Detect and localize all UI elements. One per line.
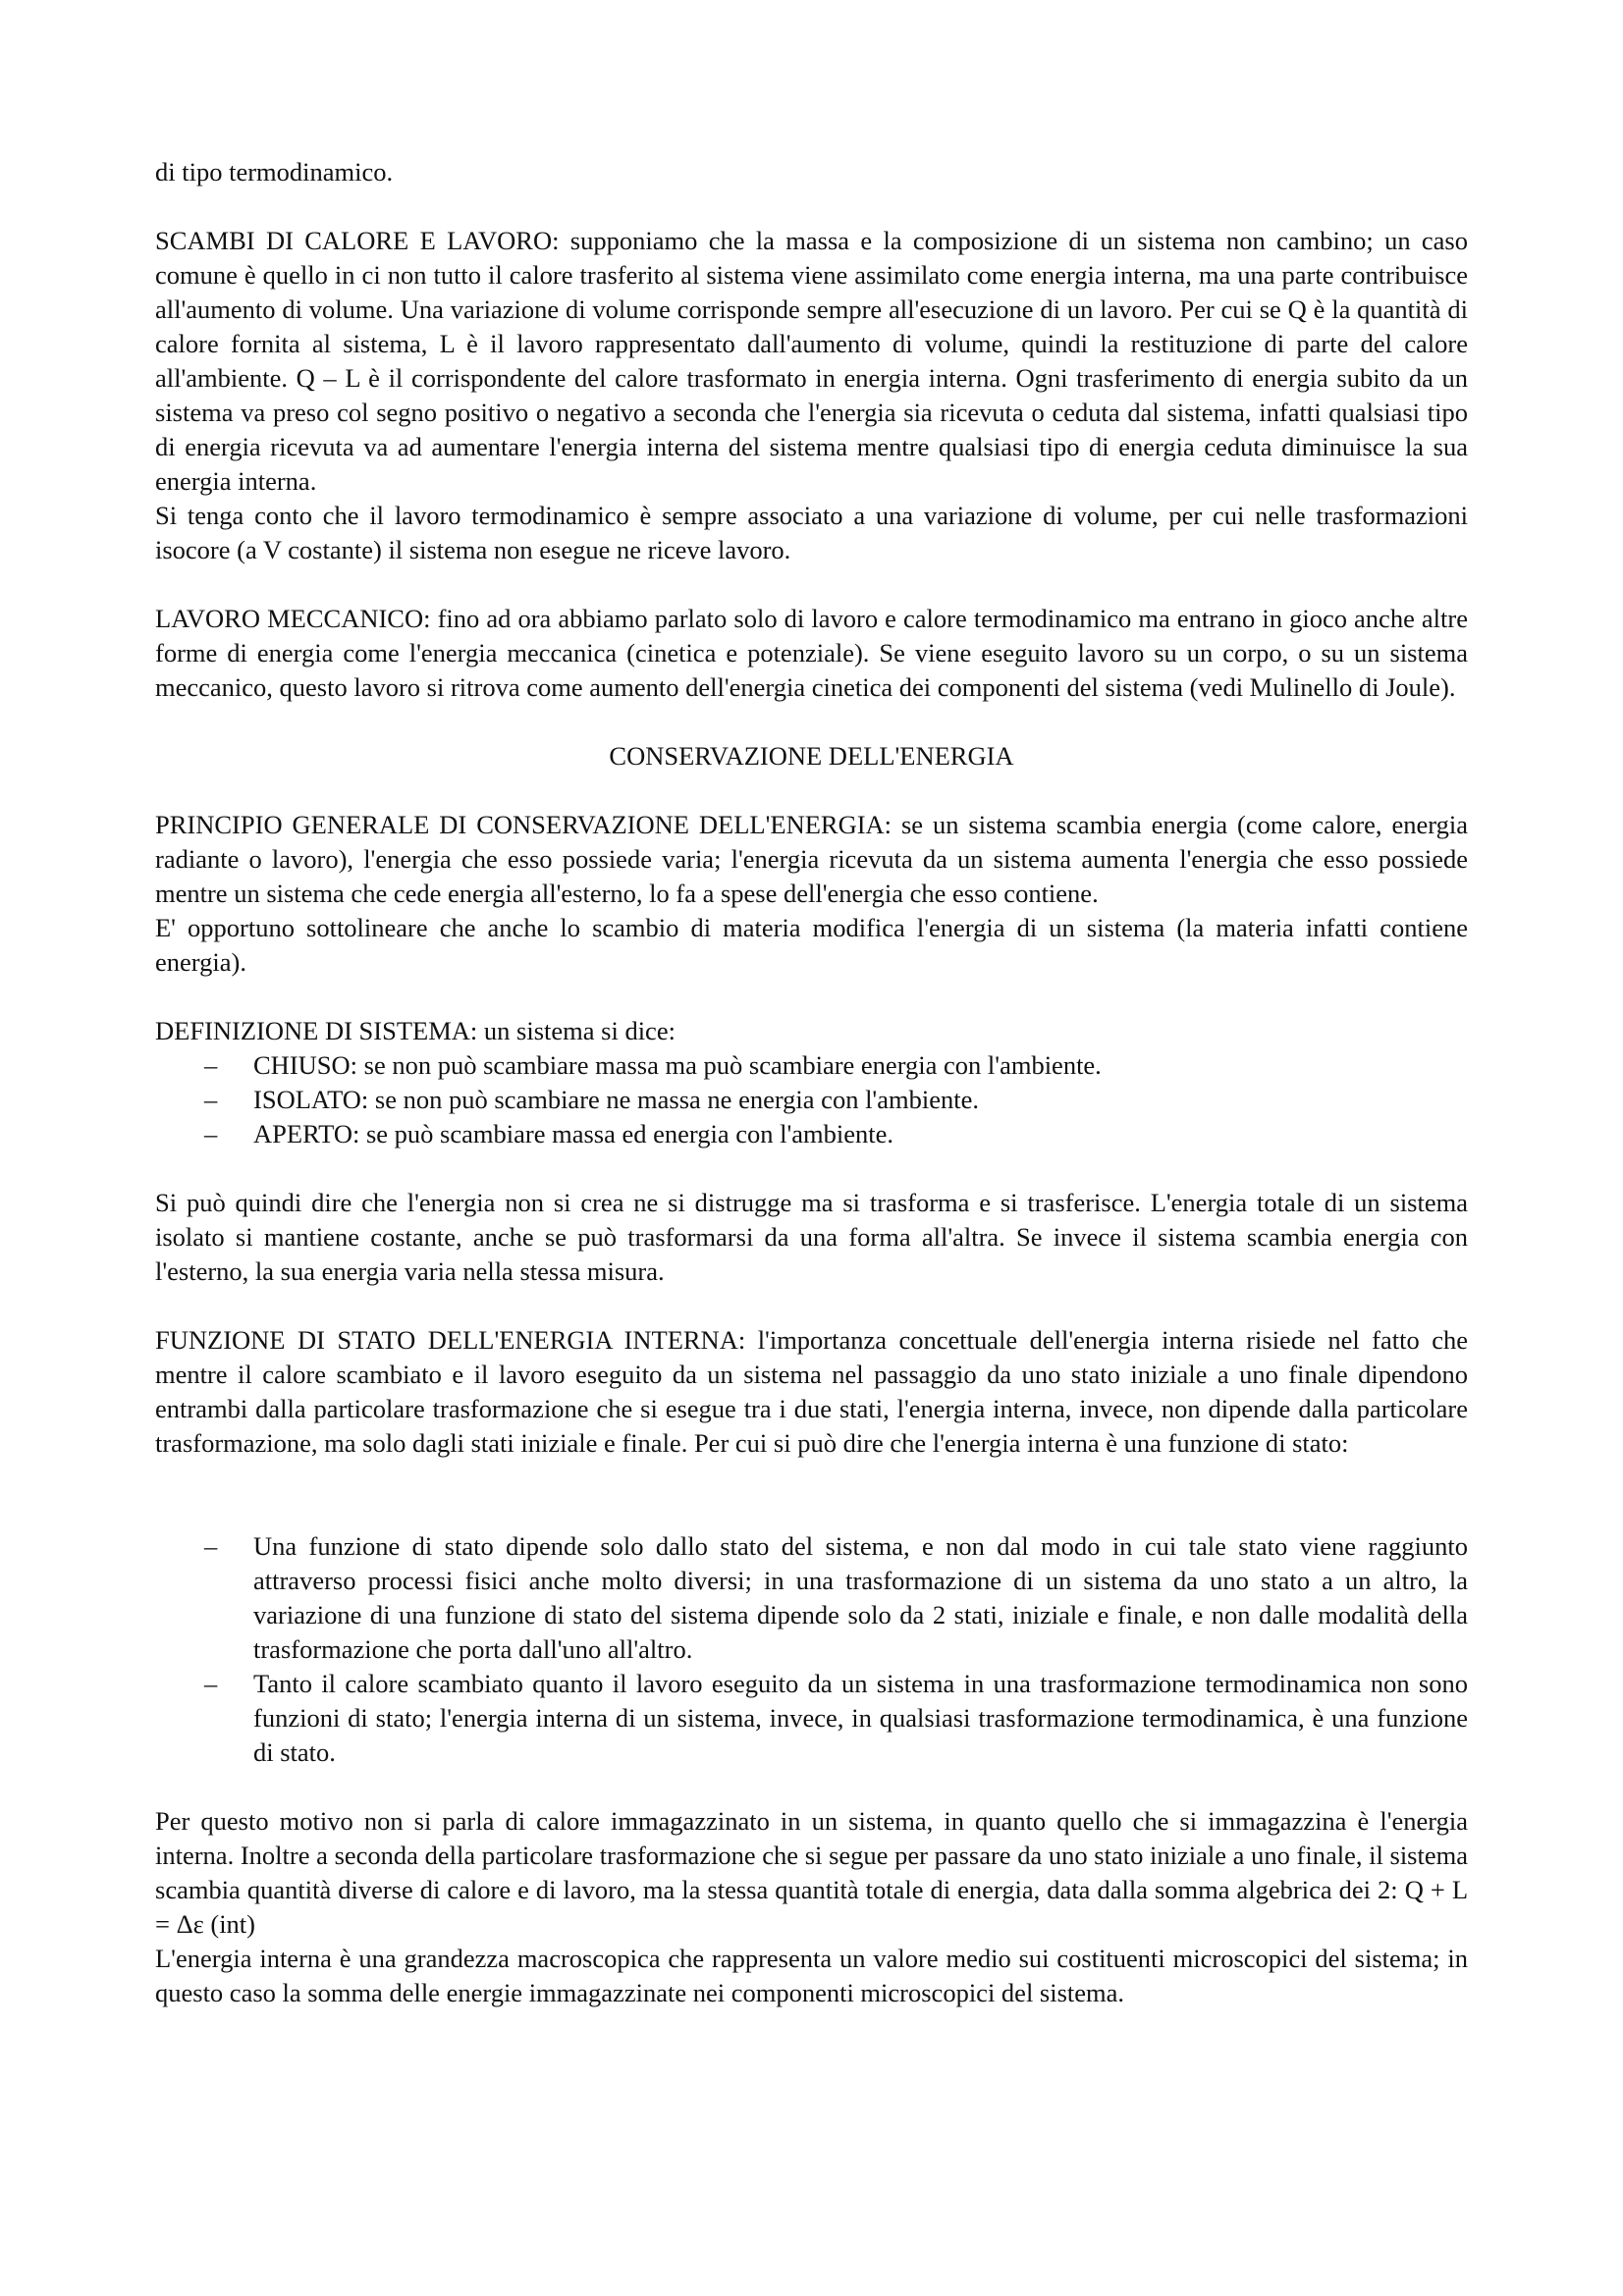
list-item-text: ISOLATO: se non può scambiare ne massa n… [253, 1085, 979, 1114]
list-item-text: Tanto il calore scambiato quanto il lavo… [253, 1669, 1468, 1767]
term-label: FUNZIONE DI STATO DELL'ENERGIA INTERNA: [155, 1325, 745, 1355]
spacer [155, 980, 1468, 1014]
spacer [155, 1461, 1468, 1529]
system-types-list: –CHIUSO: se non può scambiare massa ma p… [155, 1048, 1468, 1151]
paragraph-principio: PRINCIPIO GENERALE DI CONSERVAZIONE DELL… [155, 808, 1468, 911]
list-item: –APERTO: se può scambiare massa ed energ… [155, 1117, 1468, 1151]
state-function-list: –Una funzione di stato dipende solo dall… [155, 1529, 1468, 1770]
intro-fragment: di tipo termodinamico. [155, 155, 1468, 189]
section-heading: CONSERVAZIONE DELL'ENERGIA [155, 739, 1468, 774]
spacer [155, 189, 1468, 224]
term-label: SCAMBI DI CALORE E LAVORO: [155, 226, 559, 255]
spacer [155, 567, 1468, 602]
paragraph-closing-note: L'energia interna è una grandezza macros… [155, 1942, 1468, 2010]
paragraph-principio-note: E' opportuno sottolineare che anche lo s… [155, 911, 1468, 980]
paragraph-scambi-note: Si tenga conto che il lavoro termodinami… [155, 499, 1468, 567]
term-label: LAVORO MECCANICO: [155, 604, 430, 633]
paragraph-conclusione: Si può quindi dire che l'energia non si … [155, 1186, 1468, 1289]
paragraph-closing: Per questo motivo non si parla di calore… [155, 1804, 1468, 1942]
dash-bullet-icon: – [204, 1048, 217, 1083]
paragraph-scambi: SCAMBI DI CALORE E LAVORO: supponiamo ch… [155, 224, 1468, 499]
list-item: –Una funzione di stato dipende solo dall… [155, 1529, 1468, 1667]
list-item: –ISOLATO: se non può scambiare ne massa … [155, 1083, 1468, 1117]
paragraph-text: supponiamo che la massa e la composizion… [155, 226, 1468, 496]
spacer [155, 705, 1468, 739]
term-label: PRINCIPIO GENERALE DI CONSERVAZIONE DELL… [155, 810, 892, 839]
list-item-text: APERTO: se può scambiare massa ed energi… [253, 1119, 893, 1148]
spacer [155, 1151, 1468, 1186]
list-item-text: Una funzione di stato dipende solo dallo… [253, 1531, 1468, 1664]
spacer [155, 774, 1468, 808]
dash-bullet-icon: – [204, 1117, 217, 1151]
paragraph-definizione: DEFINIZIONE DI SISTEMA: un sistema si di… [155, 1014, 1468, 1048]
document-page: di tipo termodinamico. SCAMBI DI CALORE … [155, 155, 1468, 2010]
list-item: –Tanto il calore scambiato quanto il lav… [155, 1667, 1468, 1770]
dash-bullet-icon: – [204, 1529, 217, 1564]
list-item: –CHIUSO: se non può scambiare massa ma p… [155, 1048, 1468, 1083]
paragraph-funzione-stato: FUNZIONE DI STATO DELL'ENERGIA INTERNA: … [155, 1323, 1468, 1461]
spacer [155, 1770, 1468, 1804]
spacer [155, 1289, 1468, 1323]
paragraph-lavoro-meccanico: LAVORO MECCANICO: fino ad ora abbiamo pa… [155, 602, 1468, 705]
term-label: DEFINIZIONE DI SISTEMA: [155, 1016, 477, 1045]
paragraph-text: un sistema si dice: [477, 1016, 676, 1045]
dash-bullet-icon: – [204, 1667, 217, 1701]
list-item-text: CHIUSO: se non può scambiare massa ma pu… [253, 1050, 1102, 1080]
dash-bullet-icon: – [204, 1083, 217, 1117]
